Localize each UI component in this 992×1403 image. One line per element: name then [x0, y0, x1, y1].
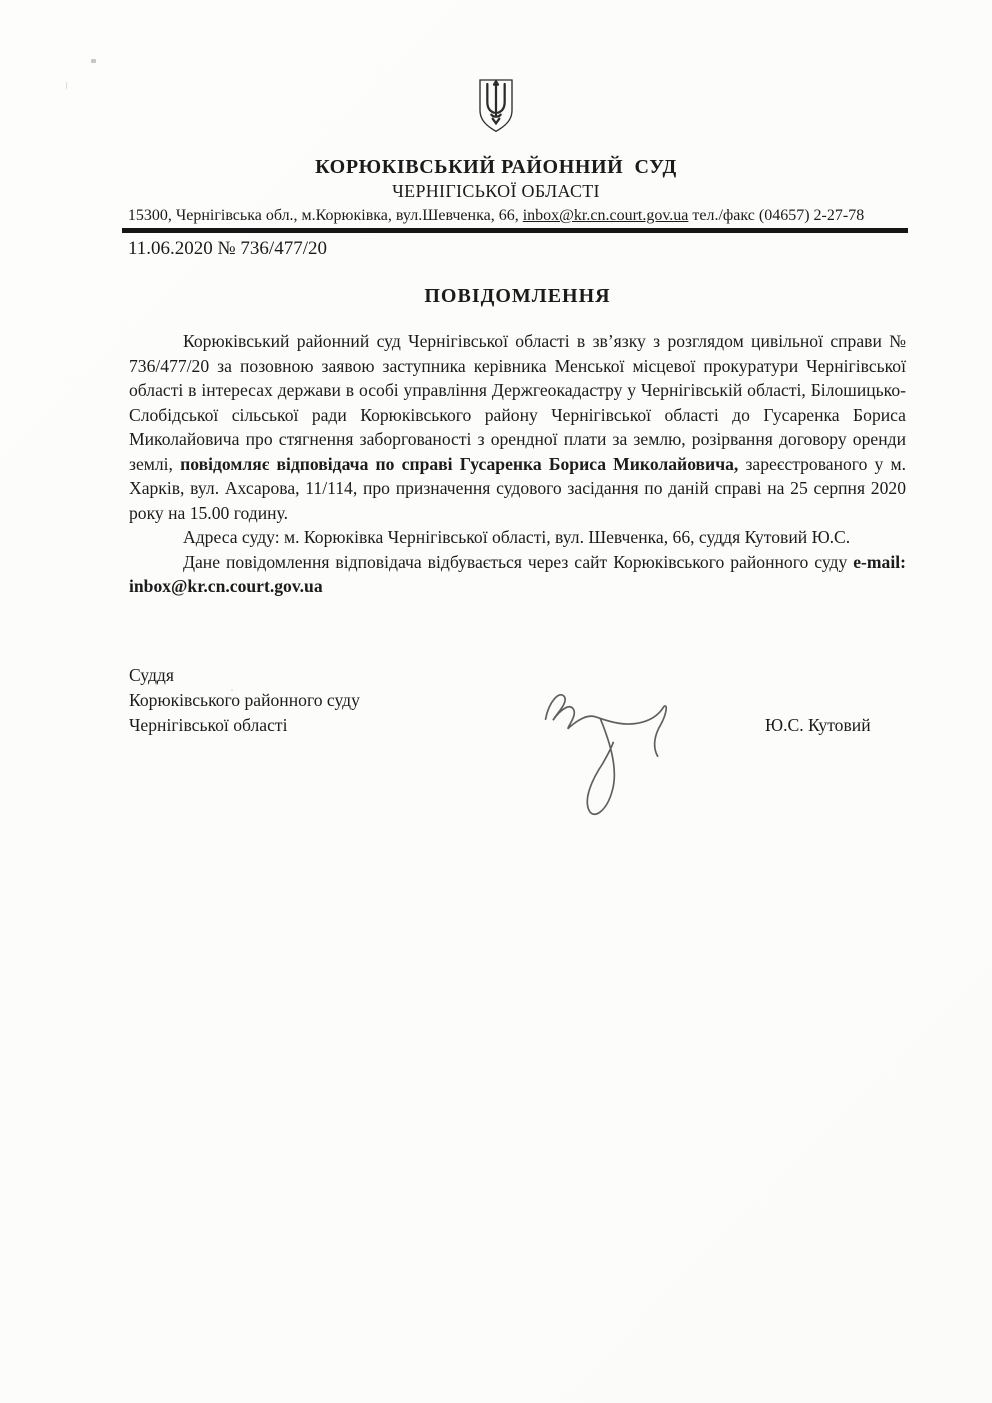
paragraph-main-text: Корюківський районний суд Чернігівської … [129, 331, 906, 474]
signer-name: Ю.С. Кутовий [765, 715, 871, 736]
handwritten-signature [540, 679, 678, 827]
document-title: ПОВІДОМЛЕННЯ [129, 285, 906, 308]
scan-speck [91, 59, 96, 63]
paragraph-court-address: Адреса суду: м. Корюківка Чернігівської … [129, 525, 906, 550]
court-region: ЧЕРНІГІСЬКОЇ ОБЛАСТІ [0, 181, 992, 202]
paragraph-main: Корюківський районний суд Чернігівської … [129, 329, 906, 525]
paragraph-email-text: Дане повідомлення відповідача відбуваєть… [183, 552, 853, 572]
phone-text: тел./факс (04657) 2-27-78 [688, 207, 864, 224]
letterhead: КОРЮКІВСЬКИЙ РАЙОННИЙ СУД ЧЕРНІГІСЬКОЇ О… [0, 0, 992, 260]
document-body: ПОВІДОМЛЕННЯ Корюківський районний суд Ч… [129, 285, 906, 599]
paragraph-main-bold: повідомляє відповідача по справі Гусарен… [180, 454, 738, 474]
scanned-document-page: КОРЮКІВСЬКИЙ РАЙОННИЙ СУД ЧЕРНІГІСЬКОЇ О… [0, 0, 992, 1403]
address-text: 15300, Чернігівська обл., м.Корюківка, в… [128, 207, 523, 224]
date-ref-line: 11.06.2020 № 736/477/20 [128, 238, 992, 260]
ukraine-trident-emblem-icon [475, 78, 517, 134]
email-link: inbox@kr.cn.court.gov.ua [523, 207, 689, 224]
signature-block: Суддя Корюківського районного суду Черні… [0, 663, 992, 863]
court-name: КОРЮКІВСЬКИЙ РАЙОННИЙ СУД [0, 156, 992, 179]
paragraph-email-notice: Дане повідомлення відповідача відбуваєть… [129, 550, 906, 599]
scan-speck [66, 82, 67, 89]
double-rule [122, 228, 908, 233]
address-line: 15300, Чернігівська обл., м.Корюківка, в… [0, 207, 992, 225]
